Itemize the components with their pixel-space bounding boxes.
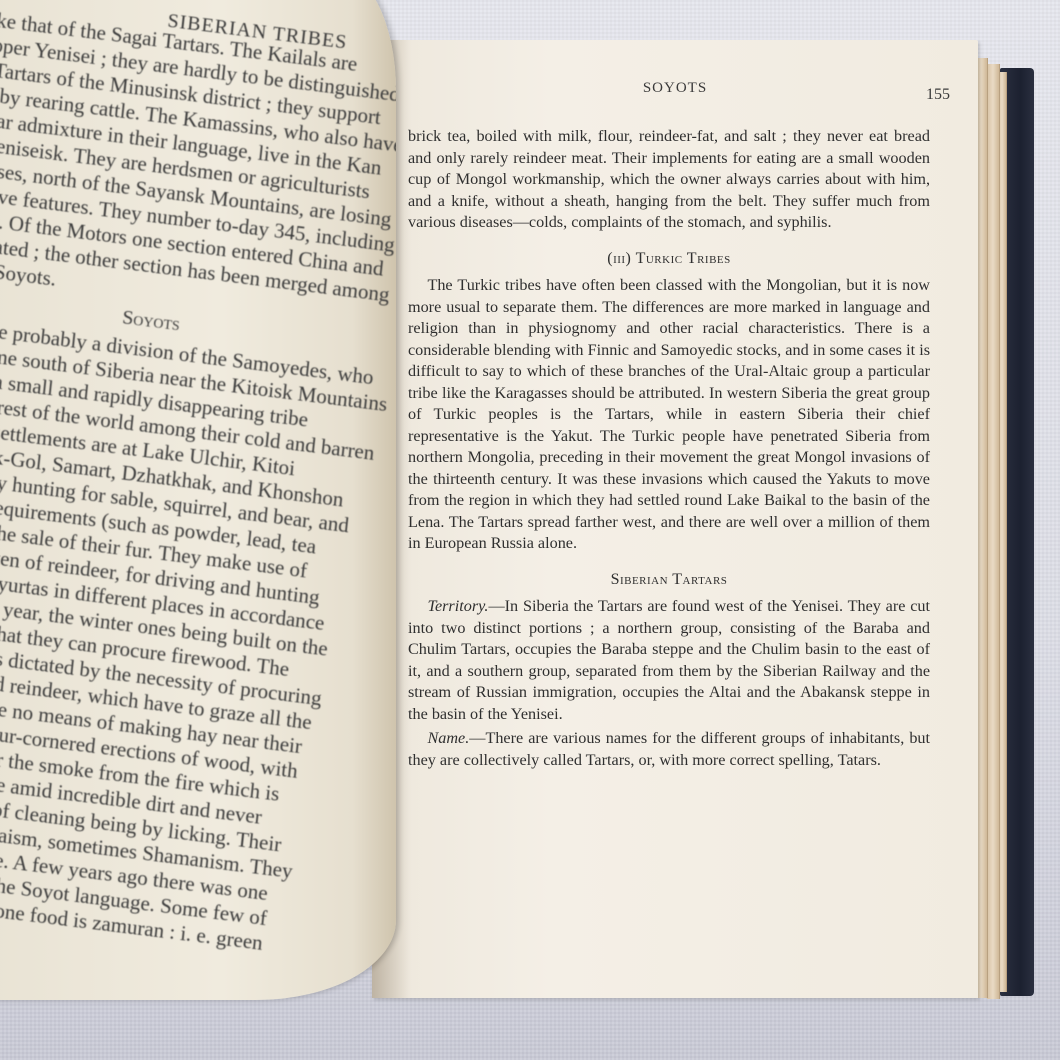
name-text: —There are various names for the differe… (408, 729, 930, 769)
territory-label: Territory. (427, 597, 488, 615)
right-page-header: SOYOTS 155 (408, 80, 942, 102)
left-page: SIBERIAN TRIBES like that of the Sagai T… (0, 0, 396, 1000)
territory-text: —In Siberia the Tartars are found west o… (408, 597, 930, 723)
section-title-turkic-tribes: (iii) Turkic Tribes (408, 248, 930, 270)
right-page: SOYOTS 155 brick tea, boiled with milk, … (372, 40, 978, 998)
paragraph-territory: Territory.—In Siberia the Tartars are fo… (408, 596, 930, 725)
name-label: Name. (427, 729, 469, 747)
section-title-siberian-tartars: Siberian Tartars (408, 569, 930, 591)
right-page-body: brick tea, boiled with milk, flour, rein… (408, 126, 930, 771)
paragraph-turkic-tribes: The Turkic tribes have often been classe… (408, 275, 930, 555)
page-number: 155 (926, 86, 950, 104)
running-head: SOYOTS (408, 80, 942, 97)
paragraph-name: Name.—There are various names for the di… (408, 728, 930, 771)
left-page-text: SIBERIAN TRIBES like that of the Sagai T… (0, 0, 396, 41)
paragraph-continuation: brick tea, boiled with milk, flour, rein… (408, 126, 930, 234)
page-fore-edge (987, 64, 1000, 999)
left-page-top-block: like that of the Sagai Tartars. The Kail… (0, 6, 396, 964)
